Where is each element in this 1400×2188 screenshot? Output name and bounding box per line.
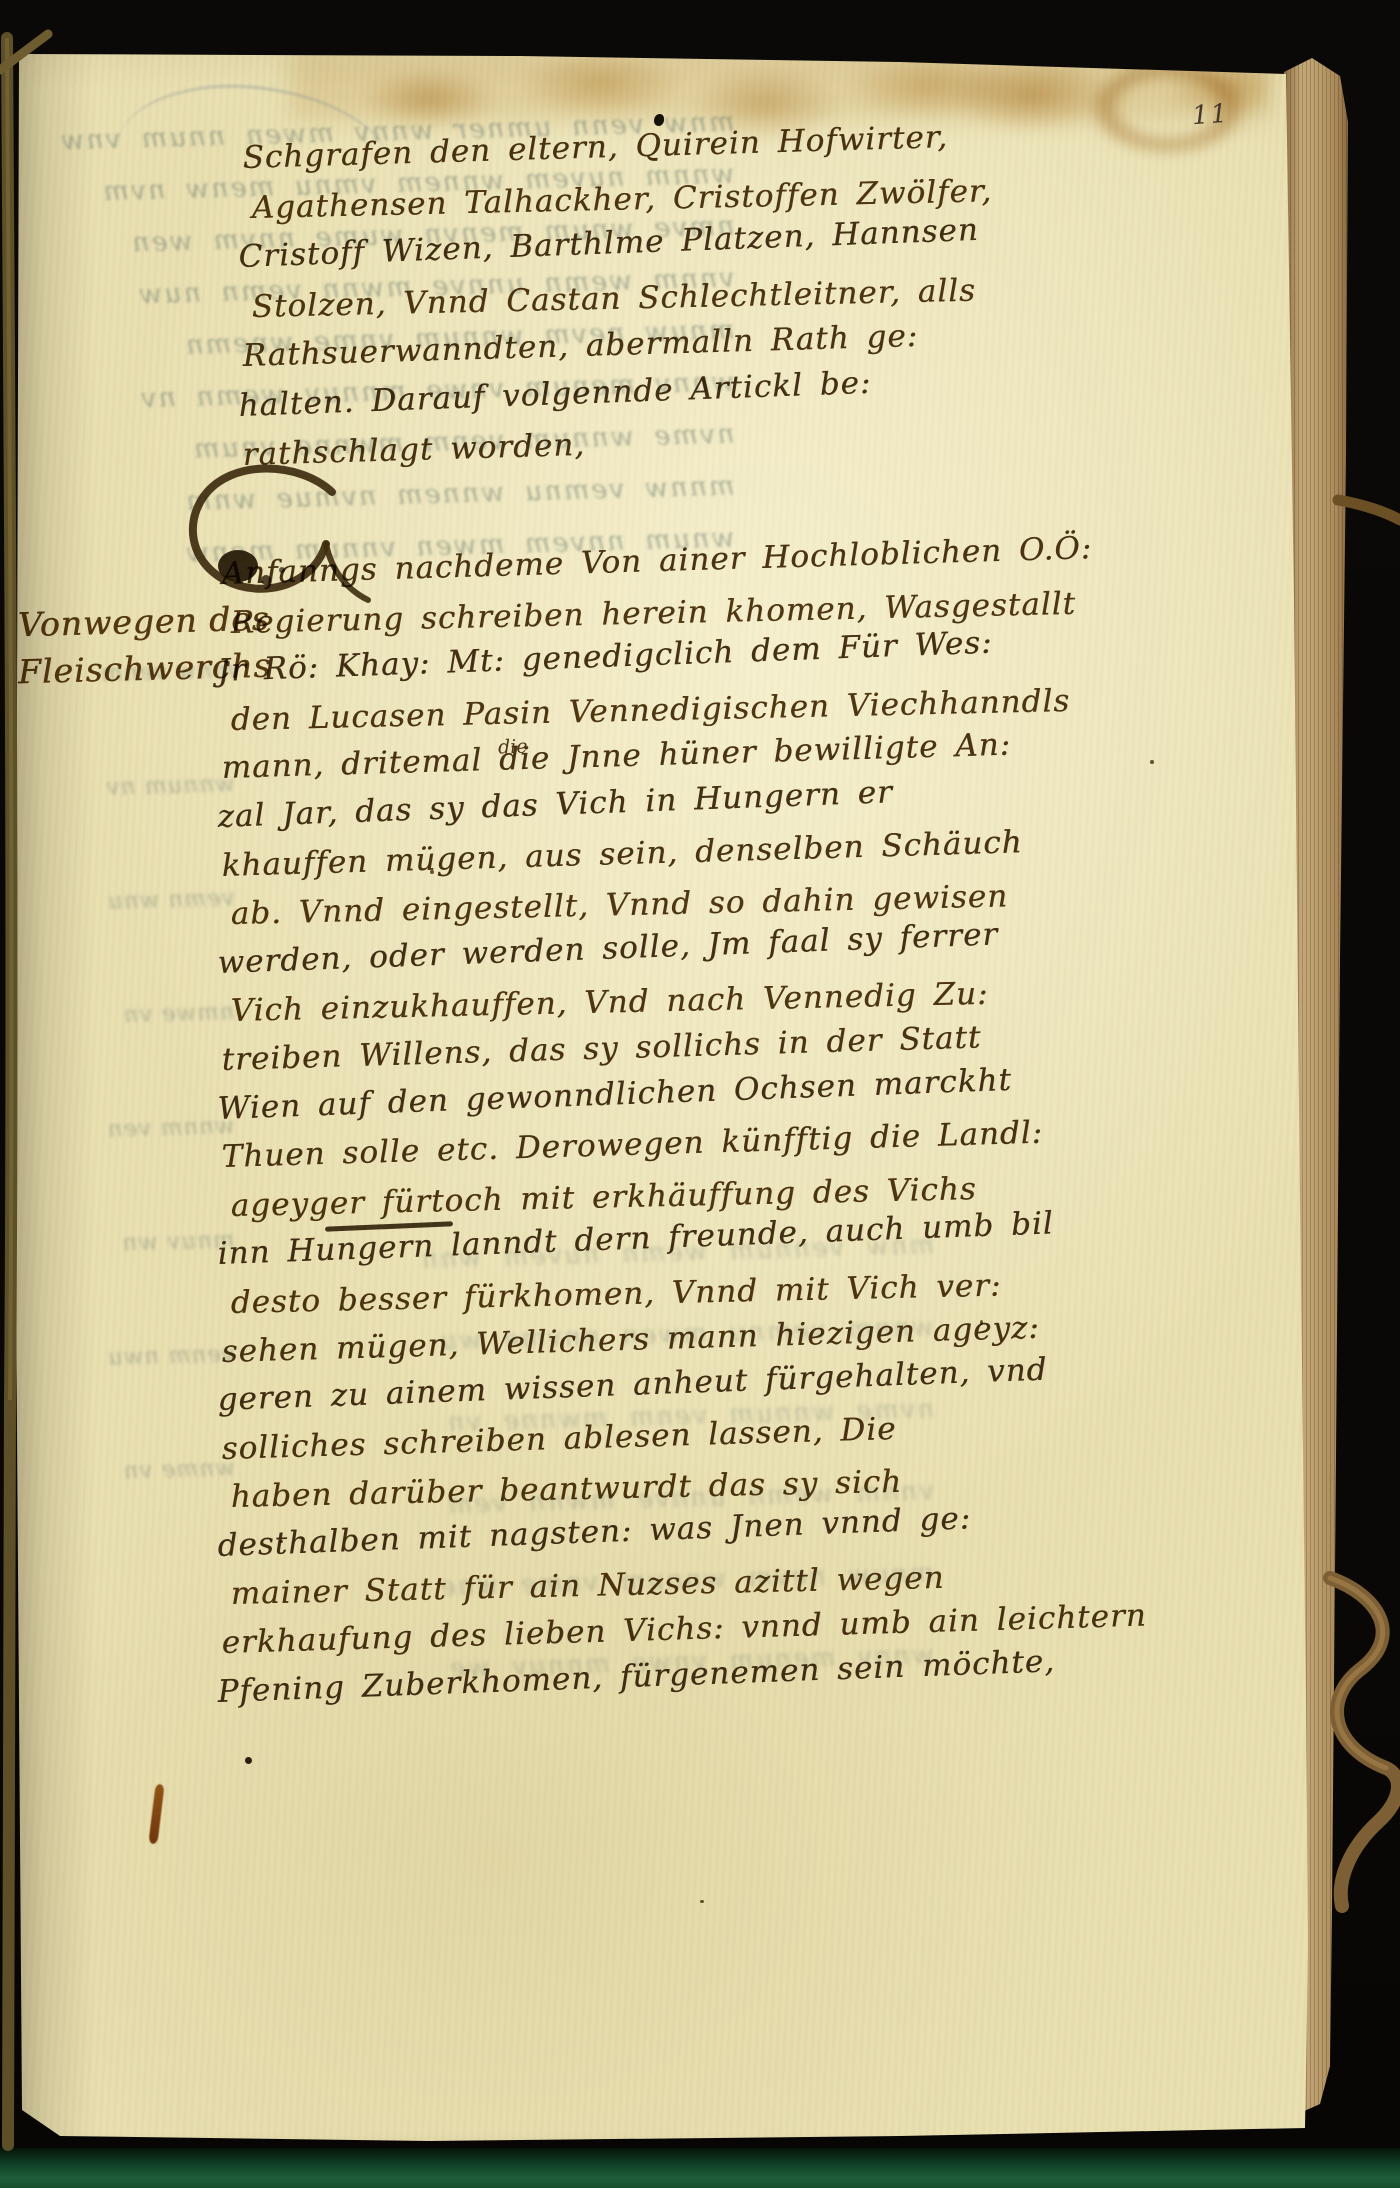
manuscript-photo: mnw venn umner wnnv mwen nnum vnwwnnm nu… bbox=[0, 0, 1400, 2188]
paper-speck bbox=[280, 1540, 283, 1543]
bleed-line: vemn wnu bbox=[24, 885, 237, 1005]
folio-number: 11 bbox=[1191, 99, 1230, 132]
bleed-line: mnuv wn bbox=[24, 1227, 237, 1347]
bleed-line: venm nwu bbox=[24, 1341, 237, 1461]
bleed-line: nmwe vn bbox=[24, 999, 237, 1119]
paper-speck bbox=[1150, 760, 1154, 764]
red-ink-stroke bbox=[148, 1784, 164, 1845]
table-surface bbox=[0, 2148, 1400, 2188]
interlinear-insertion: die bbox=[498, 735, 528, 758]
bleed-line: wnnum nv bbox=[24, 771, 237, 891]
ink-blot-dot bbox=[654, 114, 664, 126]
ink-dot bbox=[245, 1757, 252, 1764]
water-stain-band bbox=[290, 48, 1270, 120]
bleed-line: wnnm ven bbox=[24, 1113, 237, 1233]
manuscript-page: mnw venn umner wnnv mwen nnum vnwwnnm nu… bbox=[0, 0, 1400, 2188]
paper-speck bbox=[980, 1320, 983, 1325]
paper-speck bbox=[700, 1900, 704, 1903]
intro-paragraph: Schgrafen den eltern, Quirein Hofwirter,… bbox=[243, 140, 993, 487]
bleed-line: wnme vn bbox=[24, 1455, 237, 1575]
paper-speck bbox=[430, 870, 434, 874]
main-paragraph: Anfanngs nachdeme Von ainer Hochlobliche… bbox=[222, 556, 1147, 1722]
ink-bleedthrough-margin: mnw venmwnnum nvvemn wnunmwe vnwnnm venm… bbox=[26, 660, 236, 1620]
